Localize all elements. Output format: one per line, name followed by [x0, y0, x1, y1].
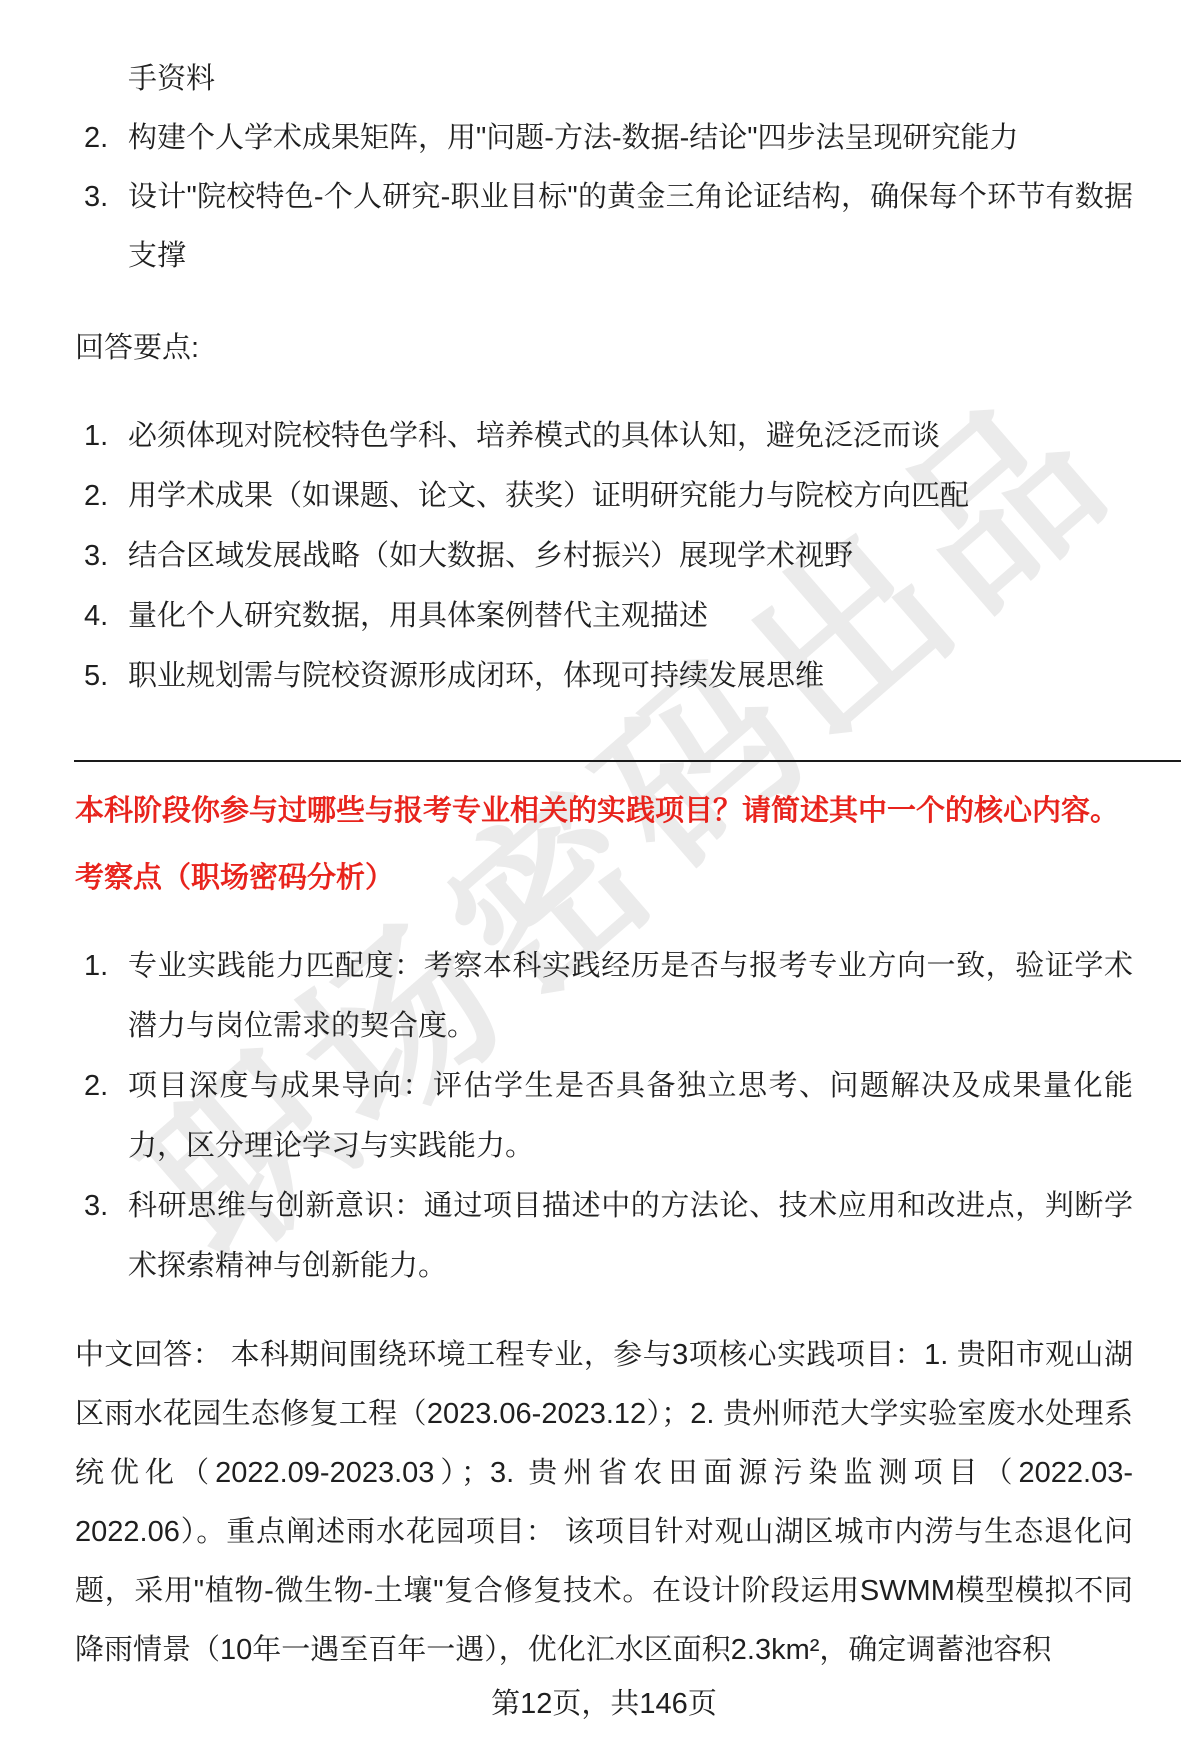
page-content: 手资料 2. 构建个人学术成果矩阵，用"问题-方法-数据-结论"四步法呈现研究能…	[0, 0, 1200, 1755]
answer-points-heading: 回答要点:	[75, 319, 1133, 378]
list-item-text: 结合区域发展战略（如大数据、乡村振兴）展现学术视野	[128, 526, 1133, 586]
chinese-answer-paragraph: 中文回答： 本科期间围绕环境工程专业，参与3项核心实践项目：1. 贵阳市观山湖区…	[75, 1326, 1133, 1680]
list-item: 3. 科研思维与创新意识：通过项目描述中的方法论、技术应用和改进点，判断学术探索…	[75, 1176, 1133, 1296]
list-item-text: 职业规划需与院校资源形成闭环，体现可持续发展思维	[128, 646, 1133, 706]
list-item: 2. 项目深度与成果导向：评估学生是否具备独立思考、问题解决及成果量化能力，区分…	[75, 1056, 1133, 1176]
list-item-number: 5.	[75, 646, 128, 706]
list-item-number: 3.	[75, 526, 128, 586]
assessment-subheading: 考察点（职场密码分析）	[75, 849, 1133, 908]
list-item: 4. 量化个人研究数据，用具体案例替代主观描述	[75, 586, 1133, 646]
answer-points-list: 1. 必须体现对院校特色学科、培养模式的具体认知，避免泛泛而谈 2. 用学术成果…	[75, 406, 1133, 706]
section-divider	[74, 760, 1181, 762]
assessment-points-list: 1. 专业实践能力匹配度：考察本科实践经历是否与报考专业方向一致，验证学术潜力与…	[75, 936, 1133, 1296]
list-item-text: 科研思维与创新意识：通过项目描述中的方法论、技术应用和改进点，判断学术探索精神与…	[128, 1176, 1133, 1296]
list-item: 1. 必须体现对院校特色学科、培养模式的具体认知，避免泛泛而谈	[75, 406, 1133, 466]
list-item: 5. 职业规划需与院校资源形成闭环，体现可持续发展思维	[75, 646, 1133, 706]
list-item-number: 1.	[75, 406, 128, 466]
list-item: 2. 构建个人学术成果矩阵，用"问题-方法-数据-结论"四步法呈现研究能力	[75, 109, 1133, 168]
list-item: 2. 用学术成果（如课题、论文、获奖）证明研究能力与院校方向匹配	[75, 466, 1133, 526]
list-item-number: 4.	[75, 586, 128, 646]
list-item: 1. 专业实践能力匹配度：考察本科实践经历是否与报考专业方向一致，验证学术潜力与…	[75, 936, 1133, 1056]
carryover-list: 手资料 2. 构建个人学术成果矩阵，用"问题-方法-数据-结论"四步法呈现研究能…	[75, 50, 1133, 286]
list-item-text: 专业实践能力匹配度：考察本科实践经历是否与报考专业方向一致，验证学术潜力与岗位需…	[128, 936, 1133, 1056]
list-item-text: 项目深度与成果导向：评估学生是否具备独立思考、问题解决及成果量化能力，区分理论学…	[128, 1056, 1133, 1176]
document-page: 职场密码出品 手资料 2. 构建个人学术成果矩阵，用"问题-方法-数据-结论"四…	[0, 0, 1200, 1755]
list-item: 3. 设计"院校特色-个人研究-职业目标"的黄金三角论证结构，确保每个环节有数据…	[75, 168, 1133, 286]
list-item-text: 量化个人研究数据，用具体案例替代主观描述	[128, 586, 1133, 646]
list-item-text: 设计"院校特色-个人研究-职业目标"的黄金三角论证结构，确保每个环节有数据支撑	[128, 168, 1133, 286]
list-item-text: 构建个人学术成果矩阵，用"问题-方法-数据-结论"四步法呈现研究能力	[128, 109, 1133, 168]
list-item: 3. 结合区域发展战略（如大数据、乡村振兴）展现学术视野	[75, 526, 1133, 586]
list-item-number: 2.	[75, 109, 128, 168]
list-item-number: 3.	[75, 168, 128, 227]
list-item-number: 1.	[75, 936, 128, 996]
interview-question: 本科阶段你参与过哪些与报考专业相关的实践项目？请简述其中一个的核心内容。	[75, 782, 1133, 841]
list-item-number: 3.	[75, 1176, 128, 1236]
list-item-number: 2.	[75, 466, 128, 526]
list-item-continuation: 手资料	[128, 50, 1133, 109]
page-number-indicator: 第12页，共146页	[75, 1684, 1133, 1724]
list-item-text: 用学术成果（如课题、论文、获奖）证明研究能力与院校方向匹配	[128, 466, 1133, 526]
list-item-number: 2.	[75, 1056, 128, 1116]
list-item-text: 必须体现对院校特色学科、培养模式的具体认知，避免泛泛而谈	[128, 406, 1133, 466]
